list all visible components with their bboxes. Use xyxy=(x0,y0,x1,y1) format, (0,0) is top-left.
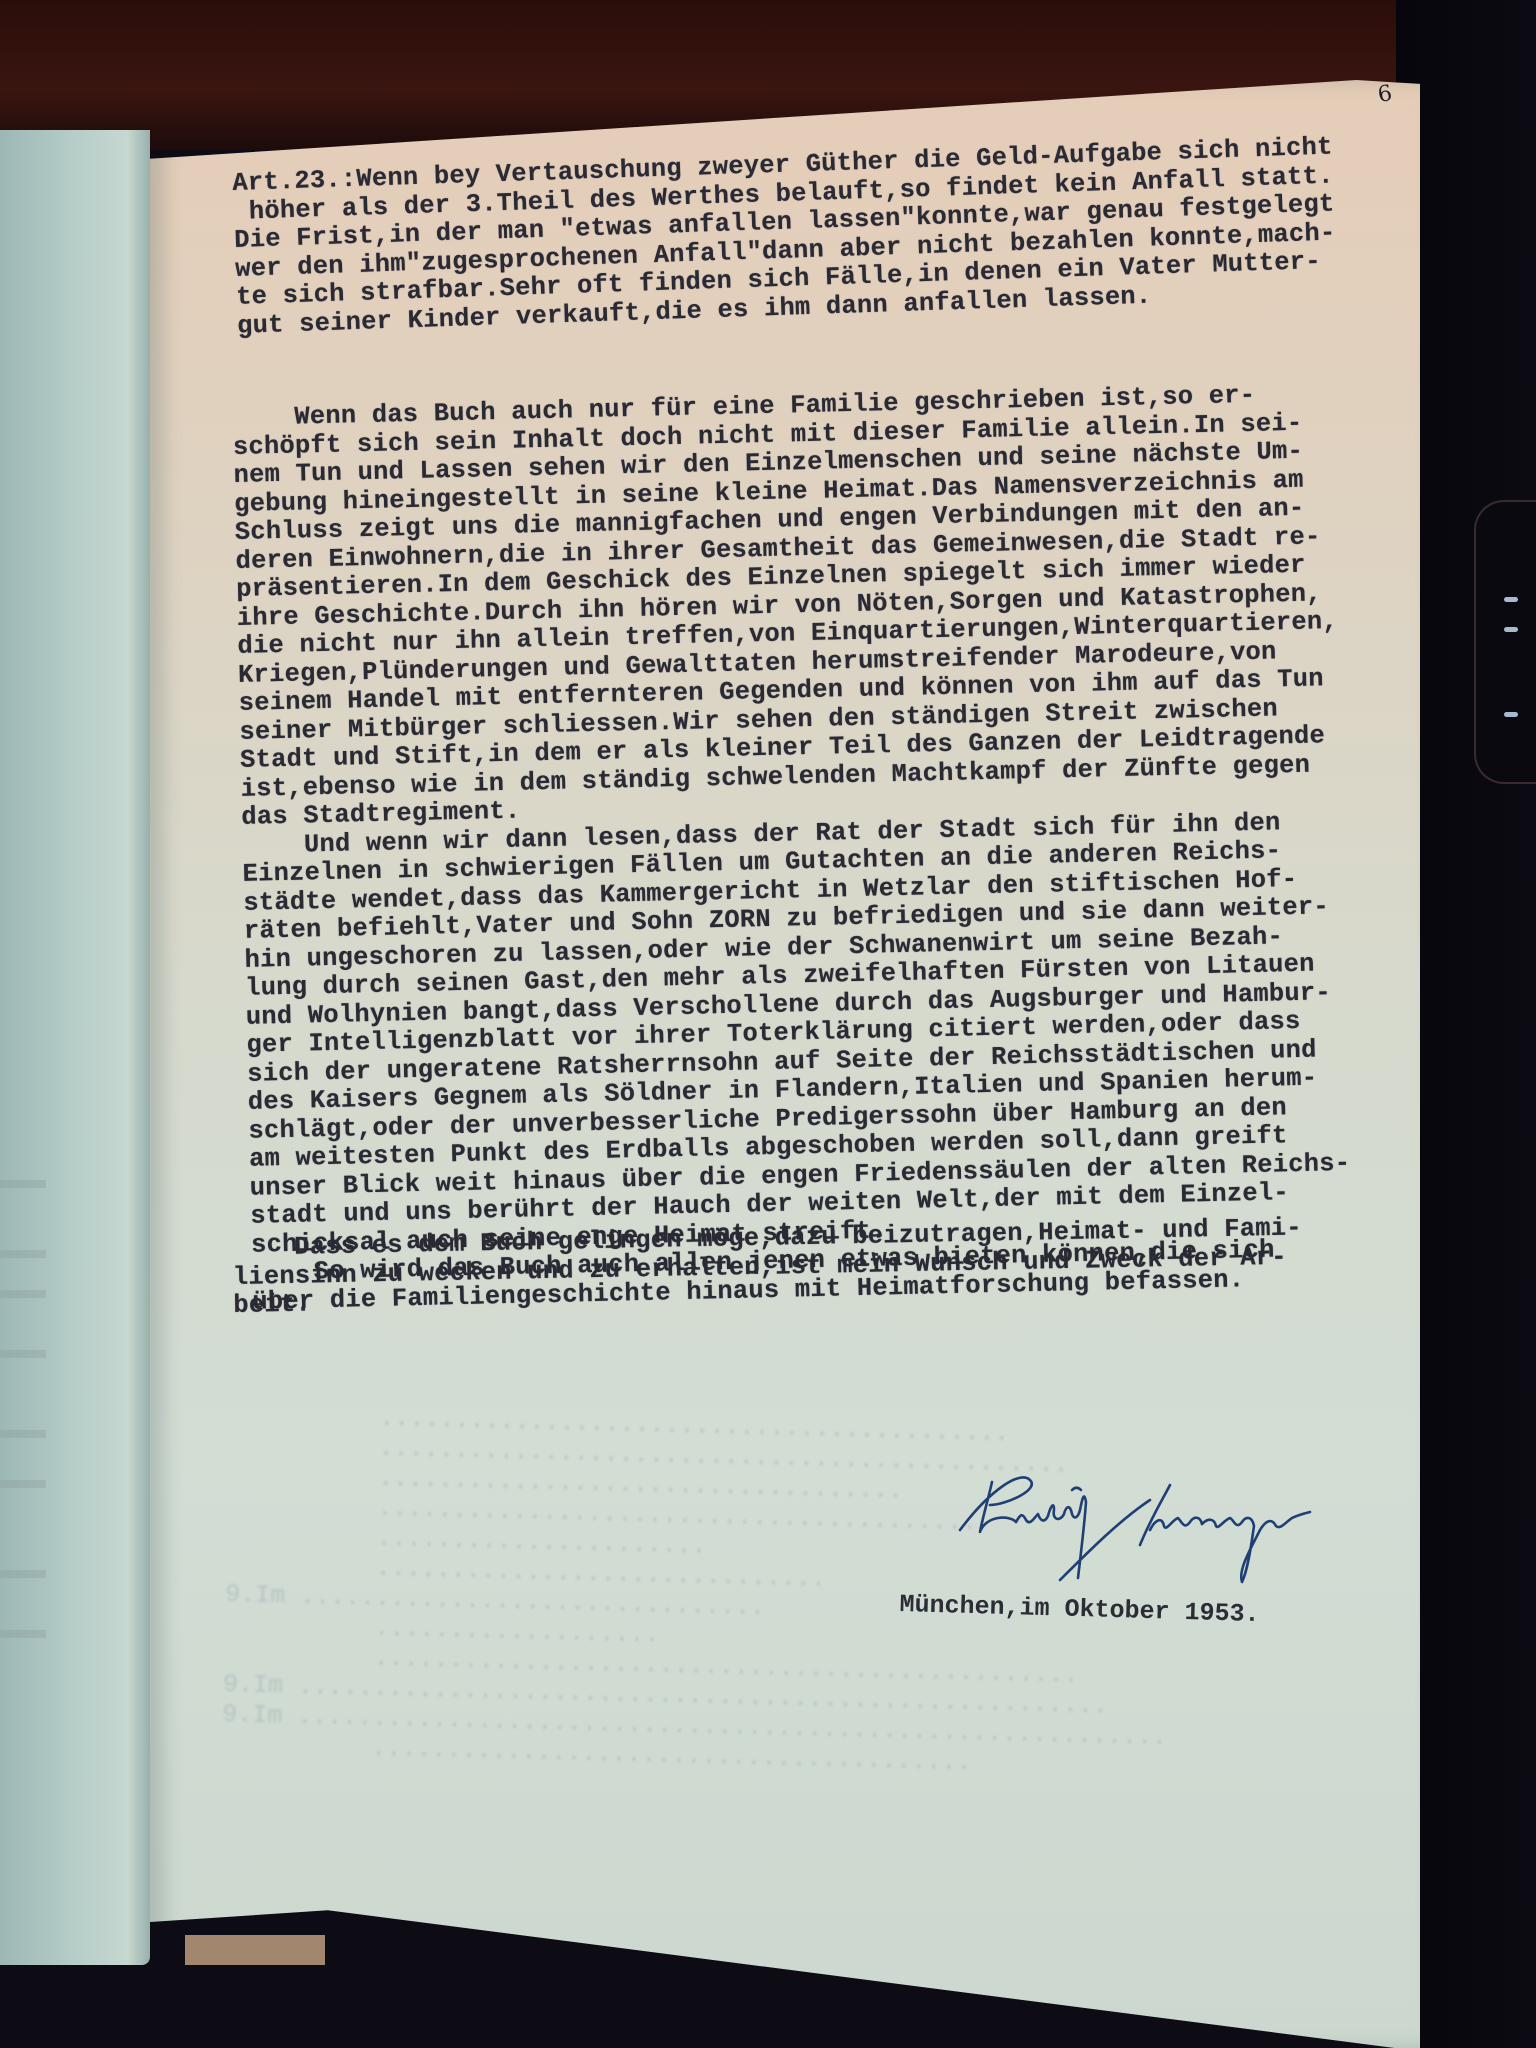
clip-glint xyxy=(1504,712,1518,717)
signature xyxy=(950,1460,1350,1590)
clip-glint xyxy=(1504,597,1518,602)
binder-clip xyxy=(1474,500,1536,784)
page-tab xyxy=(185,1935,325,1965)
left-page-edge xyxy=(0,130,150,1965)
clip-glint xyxy=(1504,627,1518,632)
bleed-through-text: ........................................… xyxy=(221,1400,1379,1788)
paragraph-main: Wenn das Buch auch nur für eine Familie … xyxy=(232,378,1442,1317)
